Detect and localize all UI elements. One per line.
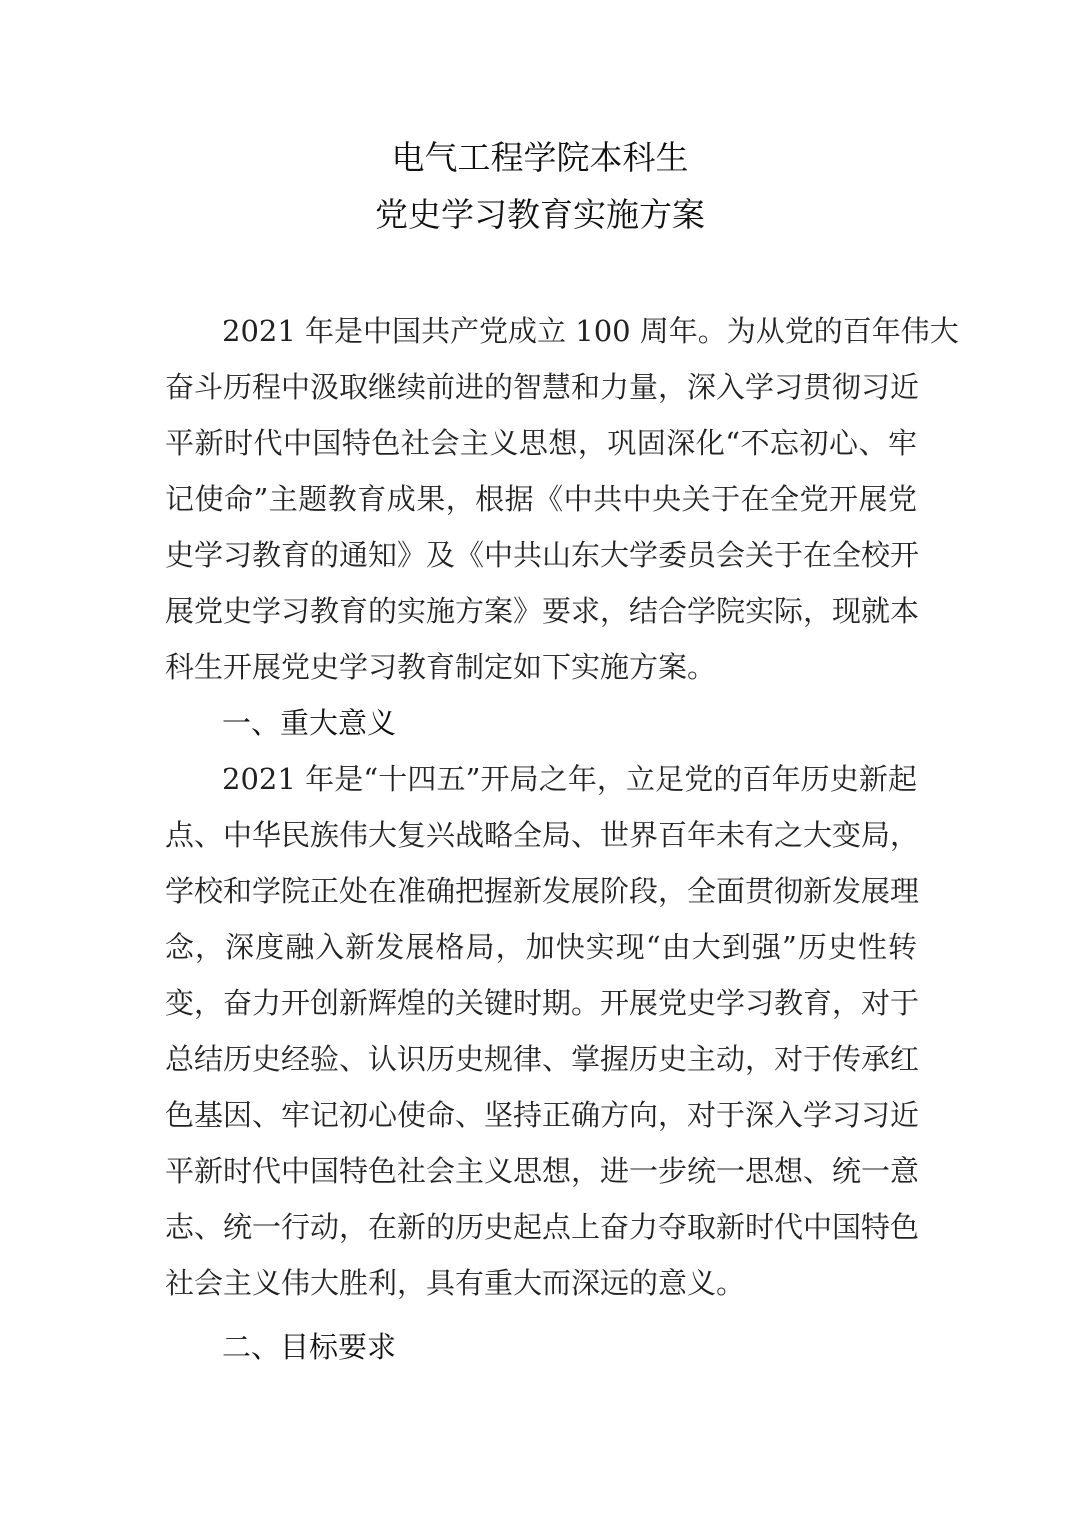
- section-paragraph-line: 平新时代中国特色社会主义思想，进一步统一思想、统一意: [165, 1151, 917, 1191]
- section-paragraph-line: 志、统一行动，在新的历史起点上奋力夺取新时代中国特色: [165, 1207, 917, 1247]
- section-paragraph-line: 社会主义伟大胜利，具有重大而深远的意义。: [165, 1263, 917, 1303]
- section-paragraph-line: 学校和学院正处在准确把握新发展阶段，全面贯彻新发展理: [165, 871, 917, 911]
- intro-paragraph-line: 科生开展党史学习教育制定如下实施方案。: [165, 647, 917, 687]
- intro-paragraph-line: 2021 年是中国共产党成立 100 周年。为从党的百年伟大: [222, 311, 917, 351]
- section-paragraph-line: 变，奋力开创新辉煌的关键时期。开展党史学习教育，对于: [165, 983, 917, 1023]
- document-title-line-2: 党史学习教育实施方案: [0, 195, 1080, 235]
- intro-paragraph-line: 平新时代中国特色社会主义思想，巩固深化“不忘初心、牢: [165, 423, 917, 463]
- section-paragraph-line: 色基因、牢记初心使命、坚持正确方向，对于深入学习习近: [165, 1095, 917, 1135]
- section-paragraph-line: 念，深度融入新发展格局，加快实现“由大到强”历史性转: [165, 927, 917, 967]
- section-heading-goals: 二、目标要求: [222, 1327, 396, 1367]
- section-heading-significance: 一、重大意义: [222, 703, 396, 743]
- section-paragraph-line: 点、中华民族伟大复兴战略全局、世界百年未有之大变局，: [165, 815, 917, 855]
- section-paragraph-line: 2021 年是“十四五”开局之年，立足党的百年历史新起: [222, 759, 917, 799]
- document-page: 电气工程学院本科生 党史学习教育实施方案 2021 年是中国共产党成立 100 …: [0, 0, 1080, 1528]
- intro-paragraph-line: 展党史学习教育的实施方案》要求，结合学院实际，现就本: [165, 591, 917, 631]
- intro-paragraph-line: 奋斗历程中汲取继续前进的智慧和力量，深入学习贯彻习近: [165, 367, 917, 407]
- section-paragraph-line: 总结历史经验、认识历史规律、掌握历史主动，对于传承红: [165, 1039, 917, 1079]
- intro-paragraph-line: 史学习教育的通知》及《中共山东大学委员会关于在全校开: [165, 535, 917, 575]
- intro-paragraph-line: 记使命”主题教育成果，根据《中共中央关于在全党开展党: [165, 479, 917, 519]
- document-title-line-1: 电气工程学院本科生: [0, 138, 1080, 178]
